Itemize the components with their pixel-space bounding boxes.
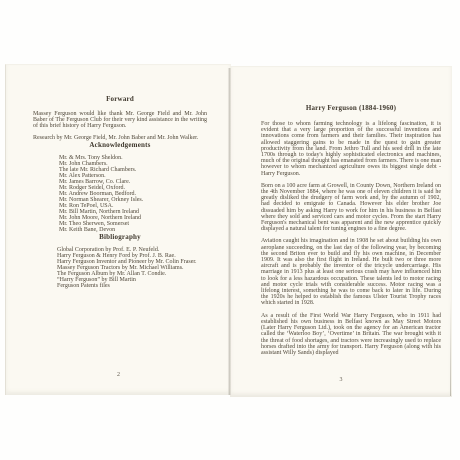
bibliography-heading: Bibliography [33,233,207,241]
chapter-heading: Harry Ferguson (1884-1960) [261,104,441,112]
right-page-edge [450,300,451,396]
chapter-paragraph: Born on a 100 acre farm at Growell, in C… [261,183,441,233]
right-page: Harry Ferguson (1884-1960) For those to … [230,66,452,397]
left-page-number: 2 [6,372,231,378]
research-credit-line: Research by Mr. George Field, Mr. John B… [33,135,207,141]
left-page-content: Forward Massey Ferguson would like thank… [33,95,207,289]
acknowledgements-heading: Acknowledgements [33,141,207,149]
left-page: Forward Massey Ferguson would like thank… [5,64,231,395]
book-gutter [228,68,231,395]
bibliography-item: Harry Ferguson Inventor and Pioneer by M… [57,259,207,265]
right-page-content: Harry Ferguson (1884-1960) For those to … [261,104,441,356]
chapter-paragraph: For those to whom farming technology is … [261,121,441,177]
bibliography-item: Ferguson Patents files [57,283,207,289]
right-page-number: 3 [230,377,452,383]
chapter-paragraph: Aviation caught his imagination and in 1… [261,238,441,306]
chapter-paragraph: As a result of the First World War Harry… [261,313,441,356]
bibliography-list: Global Corporation by Prof. E. P. Neufel… [57,247,207,289]
foreword-heading: Forward [33,95,207,103]
book-spread-photo: Forward Massey Ferguson would like thank… [0,0,460,460]
acknowledgements-list: Mr. & Mrs. Tony Sheldon. Mr. John Chambe… [59,155,207,233]
foreword-paragraph: Massey Ferguson would like thank Mr. Geo… [33,111,207,130]
